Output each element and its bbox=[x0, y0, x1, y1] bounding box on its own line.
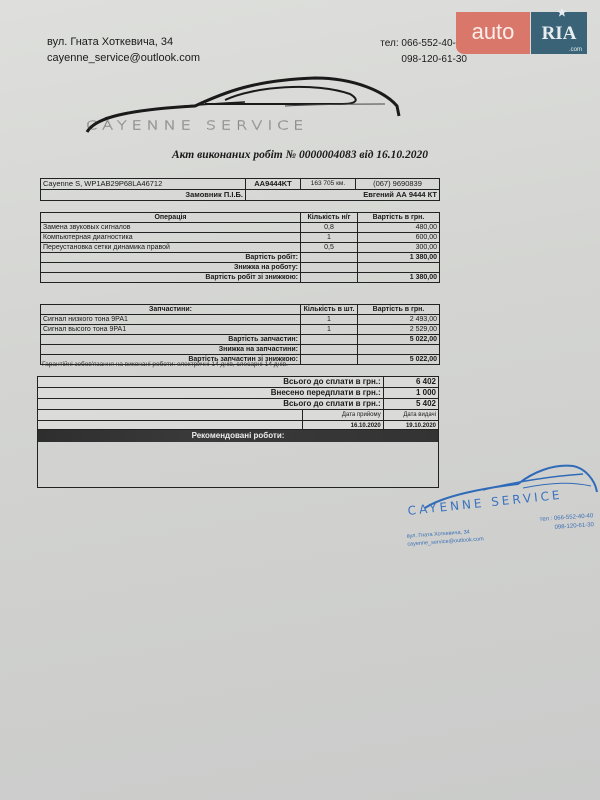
empty-cell bbox=[301, 335, 358, 345]
amount-due-label: Всього до сплати в грн.: bbox=[38, 399, 384, 410]
empty-cell bbox=[301, 355, 358, 365]
part-qty: 1 bbox=[301, 315, 358, 325]
parts-discount-row: Знижка на запчастини: bbox=[41, 345, 440, 355]
vehicle-mileage: 163 705 км. bbox=[301, 179, 356, 190]
empty-cell bbox=[301, 345, 358, 355]
company-email: cayenne_service@outlook.com bbox=[47, 50, 200, 66]
part-qty: 1 bbox=[301, 325, 358, 335]
customer-label: Замовник П.І.Б. bbox=[41, 190, 246, 201]
operation-price: 600,00 bbox=[358, 233, 440, 243]
col-price: Вартість в грн. bbox=[358, 213, 440, 223]
table-row: Переустановка сетки динамика правой 0,5 … bbox=[41, 243, 440, 253]
document-title: Акт виконаних робіт № 0000004083 від 16.… bbox=[0, 149, 600, 161]
operation-name: Компьютерная диагностика bbox=[41, 233, 301, 243]
operation-name: Переустановка сетки динамика правой bbox=[41, 243, 301, 253]
autoria-ria-box: ★ RIA .com bbox=[531, 12, 587, 54]
operations-total: 1 380,00 bbox=[358, 273, 440, 283]
parts-discount bbox=[358, 345, 440, 355]
vehicle-table: Cayenne S, WP1AB29P68LA46712 AA9444KT 16… bbox=[40, 178, 440, 201]
operation-price: 300,00 bbox=[358, 243, 440, 253]
col-part: Запчастини: bbox=[41, 305, 301, 315]
recommendations-box: Рекомендовані роботи: bbox=[37, 429, 439, 488]
table-row: Сигнал низкого тона 9PA1 1 2 493,00 bbox=[41, 315, 440, 325]
table-row: Сигнал высого тона 9PA1 1 2 529,00 bbox=[41, 325, 440, 335]
grand-total: 6 402 bbox=[383, 377, 438, 388]
operations-subtotal-label: Вартість робіт: bbox=[41, 253, 301, 263]
operation-qty: 1 bbox=[301, 233, 358, 243]
parts-subtotal-label: Вартість запчастин: bbox=[41, 335, 301, 345]
operations-subtotal-row: Вартість робіт: 1 380,00 bbox=[41, 253, 440, 263]
operation-qty: 0,8 bbox=[301, 223, 358, 233]
vehicle-row: Cayenne S, WP1AB29P68LA46712 AA9444KT 16… bbox=[41, 179, 440, 190]
issued-date-label: Дата видачі bbox=[383, 410, 438, 421]
vehicle-model-vin: Cayenne S, WP1AB29P68LA46712 bbox=[41, 179, 246, 190]
amount-due: 5 402 bbox=[383, 399, 438, 410]
star-icon: ★ bbox=[557, 6, 567, 20]
dates-label-row: Дата прийому Дата видачі bbox=[38, 410, 439, 421]
parts-subtotal: 5 022,00 bbox=[358, 335, 440, 345]
autoria-suffix: .com bbox=[569, 47, 582, 53]
part-name: Сигнал низкого тона 9PA1 bbox=[41, 315, 301, 325]
parts-total: 5 022,00 bbox=[358, 355, 440, 365]
company-address: вул. Гната Хоткевича, 34 bbox=[47, 34, 200, 50]
operations-total-label: Вартість робіт зі знижкою: bbox=[41, 273, 301, 283]
prepaid-row: Внесено передплати в грн.: 1 000 bbox=[38, 388, 439, 399]
stamp-phones: тел : 066-552-40-40 098-120-61-30 bbox=[540, 512, 595, 534]
vehicle-plate: AA9444KT bbox=[246, 179, 301, 190]
company-phone-1: тел: 066-552-40-40 bbox=[380, 36, 467, 52]
empty-cell bbox=[301, 263, 358, 273]
operations-table: Операція Кількість н/г Вартість в грн. З… bbox=[40, 212, 440, 283]
col-price: Вартість в грн. bbox=[358, 305, 440, 315]
company-phone-2: 098-120-61-30 bbox=[380, 52, 467, 68]
parts-subtotal-row: Вартість запчастин: 5 022,00 bbox=[41, 335, 440, 345]
operations-total-row: Вартість робіт зі знижкою: 1 380,00 bbox=[41, 273, 440, 283]
grand-total-label: Всього до сплати в грн.: bbox=[38, 377, 384, 388]
operations-discount-row: Знижка на роботу: bbox=[41, 263, 440, 273]
operations-discount bbox=[358, 263, 440, 273]
totals-table: Всього до сплати в грн.: 6 402 Внесено п… bbox=[37, 376, 439, 432]
header-phones: тел: 066-552-40-40 098-120-61-30 bbox=[380, 36, 467, 68]
prepaid-amount: 1 000 bbox=[383, 388, 438, 399]
empty-cell bbox=[301, 273, 358, 283]
part-name: Сигнал высого тона 9PA1 bbox=[41, 325, 301, 335]
operation-name: Замена звуковых сигналов bbox=[41, 223, 301, 233]
autoria-auto-label: auto bbox=[456, 12, 530, 54]
part-price: 2 493,00 bbox=[358, 315, 440, 325]
warranty-note: Гарантійні зобов'язання на виконані робо… bbox=[42, 361, 288, 368]
customer-phone: (067) 9690839 bbox=[356, 179, 440, 190]
header-contacts: вул. Гната Хоткевича, 34 cayenne_service… bbox=[47, 34, 200, 66]
parts-discount-label: Знижка на запчастини: bbox=[41, 345, 301, 355]
col-operation: Операція bbox=[41, 213, 301, 223]
col-hours: Кількість н/г bbox=[301, 213, 358, 223]
operations-subtotal: 1 380,00 bbox=[358, 253, 440, 263]
received-date-label: Дата прийому bbox=[303, 410, 384, 421]
brand-name: CAYENNE SERVICE bbox=[86, 118, 308, 132]
table-row: Компьютерная диагностика 1 600,00 bbox=[41, 233, 440, 243]
autoria-ria-label: RIA bbox=[542, 23, 577, 44]
parts-header: Запчастини: Кількість в шт. Вартість в г… bbox=[41, 305, 440, 315]
operation-price: 480,00 bbox=[358, 223, 440, 233]
company-stamp: CAYENNE SERVICE вул. Гната Хоткевича, 34… bbox=[403, 460, 598, 550]
parts-table: Запчастини: Кількість в шт. Вартість в г… bbox=[40, 304, 440, 365]
operations-header: Операція Кількість н/г Вартість в грн. bbox=[41, 213, 440, 223]
table-row: Замена звуковых сигналов 0,8 480,00 bbox=[41, 223, 440, 233]
stamp-address-block: вул. Гната Хоткевича, 34 cayenne_service… bbox=[407, 527, 484, 548]
operations-discount-label: Знижка на роботу: bbox=[41, 263, 301, 273]
prepaid-label: Внесено передплати в грн.: bbox=[38, 388, 384, 399]
amount-due-row: Всього до сплати в грн.: 5 402 bbox=[38, 399, 439, 410]
autoria-watermark: auto ★ RIA .com bbox=[456, 12, 587, 54]
customer-row: Замовник П.І.Б. Евгений АА 9444 КТ bbox=[41, 190, 440, 201]
part-price: 2 529,00 bbox=[358, 325, 440, 335]
empty-cell bbox=[301, 253, 358, 263]
col-qty: Кількість в шт. bbox=[301, 305, 358, 315]
recommendations-label: Рекомендовані роботи: bbox=[38, 430, 438, 442]
grand-total-row: Всього до сплати в грн.: 6 402 bbox=[38, 377, 439, 388]
customer-name: Евгений АА 9444 КТ bbox=[246, 190, 440, 201]
empty-cell bbox=[38, 410, 303, 421]
operation-qty: 0,5 bbox=[301, 243, 358, 253]
